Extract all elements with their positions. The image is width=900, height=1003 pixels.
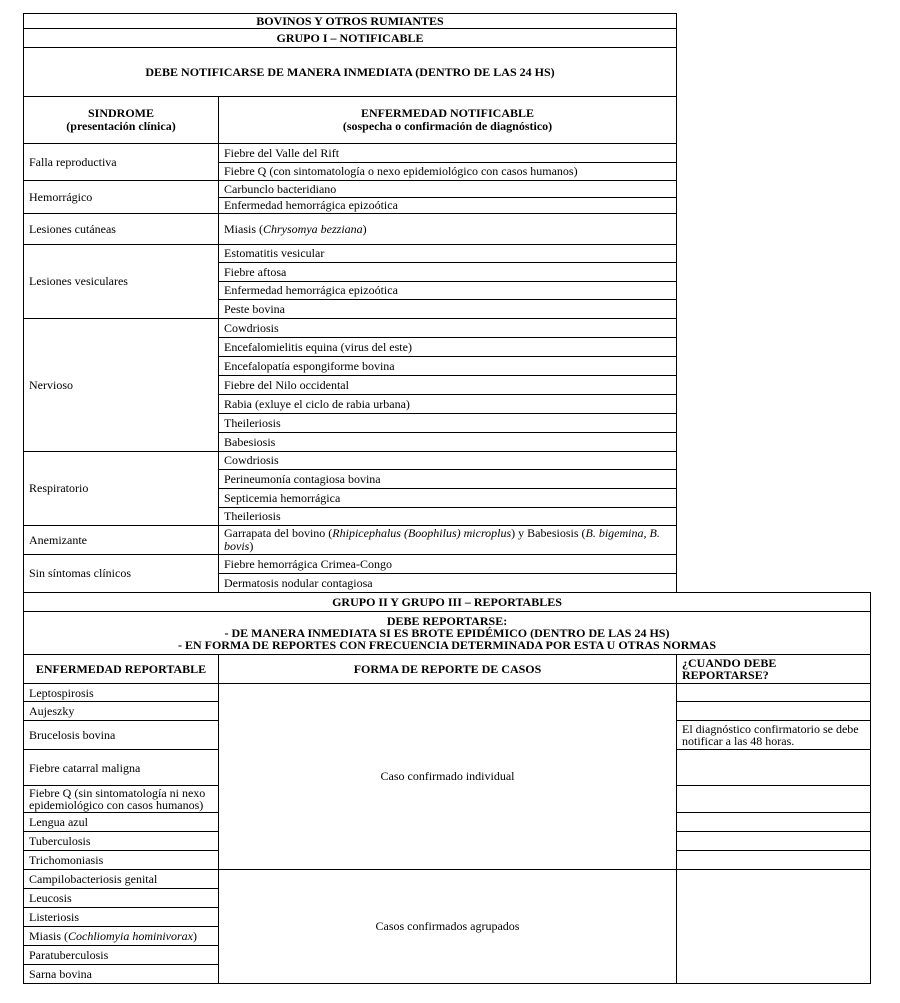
report-when-cell: El diagnóstico confirmatorio se debe not… (676, 720, 871, 750)
disease-label: Fiebre hemorrágica Crimea-Congo (224, 558, 392, 571)
syndrome-label: Anemizante (29, 534, 87, 547)
disease-cell: Theileriosis (218, 507, 677, 526)
reportable-disease-label: Listeriosis (29, 911, 79, 924)
disease-label: Encefalopatía espongiforme bovina (224, 360, 395, 373)
report-when-cell (676, 749, 871, 786)
reportable-disease-cell: Brucelosis bovina (23, 720, 219, 750)
disease-cell: Estomatitis vesicular (218, 244, 677, 263)
reportable-disease-cell: Fiebre catarral maligna (23, 749, 219, 786)
reportable-disease-label: Trichomoniasis (29, 854, 103, 866)
disease-label: Septicemia hemorrágica (224, 492, 340, 505)
disease-cell: Garrapata del bovino (Rhipicephalus (Boo… (218, 525, 677, 555)
report-when-text: El diagnóstico confirmatorio se debe not… (682, 723, 865, 747)
group1-title-text: GRUPO I – NOTIFICABLE (276, 32, 423, 45)
group23-title: GRUPO II Y GRUPO III – REPORTABLES (23, 592, 871, 612)
syndrome-cell: Nervioso (23, 318, 219, 452)
reportable-disease-cell: Paratuberculosis (23, 945, 219, 965)
disease-label: Enfermedad hemorrágica epizoótica (224, 199, 398, 212)
disease-cell: Fiebre del Valle del Rift (218, 143, 677, 163)
syndrome-cell: Respiratorio (23, 451, 219, 526)
disease-label: Fiebre aftosa (224, 266, 286, 279)
disease-label: Carbunclo bacteridiano (224, 183, 336, 196)
reportable-disease-cell: Fiebre Q (sin sintomatología ni nexo epi… (23, 785, 219, 813)
header-when: ¿CUANDO DEBE REPORTARSE? (676, 654, 871, 684)
report-form-individual: Caso confirmado individual (218, 683, 677, 870)
group23-instruction: DEBE REPORTARSE:- DE MANERA INMEDIATA SI… (23, 611, 871, 655)
header-reportable-disease-label: ENFERMEDAD REPORTABLE (36, 663, 206, 676)
report-when-cell (676, 785, 871, 813)
disease-cell: Dermatosis nodular contagiosa (218, 573, 677, 593)
syndrome-cell: Hemorrágico (23, 180, 219, 214)
disease-cell: Enfermedad hemorrágica epizoótica (218, 281, 677, 300)
disease-cell: Cowdriosis (218, 318, 677, 338)
reportable-disease-cell: Aujeszky (23, 701, 219, 721)
header-when-label: ¿CUANDO DEBE REPORTARSE? (682, 657, 865, 681)
syndrome-cell: Lesiones cutáneas (23, 213, 219, 245)
group1-instruction-text: DEBE NOTIFICARSE DE MANERA INMEDIATA (DE… (145, 66, 554, 79)
disease-cell: Enfermedad hemorrágica epizoótica (218, 197, 677, 214)
reportable-disease-cell: Tuberculosis (23, 831, 219, 851)
reportable-disease-cell: Leucosis (23, 888, 219, 908)
disease-label: Perineumonía contagiosa bovina (224, 473, 381, 486)
report-form-label: Casos confirmados agrupados (376, 920, 520, 933)
disease-cell: Septicemia hemorrágica (218, 488, 677, 508)
disease-cell: Perineumonía contagiosa bovina (218, 469, 677, 489)
disease-label: Miasis (Chrysomya bezziana) (224, 223, 367, 236)
disease-label: Cowdriosis (224, 454, 279, 467)
report-when-cell (676, 831, 871, 851)
syndrome-label: Falla reproductiva (29, 156, 117, 169)
reportable-disease-cell: Trichomoniasis (23, 850, 219, 870)
syndrome-label: Sin síntomas clínicos (29, 567, 131, 580)
reportable-disease-label: Campilobacteriosis genital (29, 873, 157, 886)
reportable-disease-label: Fiebre Q (sin sintomatología ni nexo epi… (29, 787, 213, 811)
report-when-cell (676, 812, 871, 832)
disease-cell: Fiebre hemorrágica Crimea-Congo (218, 554, 677, 574)
disease-cell: Cowdriosis (218, 451, 677, 470)
disease-cell: Rabia (exluye el ciclo de rabia urbana) (218, 394, 677, 414)
reportable-disease-label: Lengua azul (29, 816, 88, 828)
disease-cell: Babesiosis (218, 432, 677, 452)
syndrome-label: Lesiones vesiculares (29, 275, 128, 288)
disease-label: Garrapata del bovino (Rhipicephalus (Boo… (224, 527, 671, 553)
header-syndrome: SINDROME(presentación clínica) (23, 96, 219, 144)
reportable-disease-label: Miasis (Cochliomyia hominivorax) (29, 930, 197, 943)
header-report-form-label: FORMA DE REPORTE DE CASOS (354, 663, 542, 676)
disease-label: Rabia (exluye el ciclo de rabia urbana) (224, 398, 410, 411)
disease-cell: Fiebre del Nilo occidental (218, 375, 677, 395)
report-when-cell (676, 701, 871, 721)
reportable-disease-cell: Lengua azul (23, 812, 219, 832)
disease-cell: Fiebre Q (con sintomatología o nexo epid… (218, 162, 677, 181)
group23-instruction-line: - EN FORMA DE REPORTES CON FRECUENCIA DE… (178, 639, 716, 651)
disease-label: Theileriosis (224, 417, 281, 430)
disease-label: Theileriosis (224, 510, 281, 523)
disease-cell: Peste bovina (218, 299, 677, 319)
reportable-disease-cell: Leptospirosis (23, 683, 219, 702)
disease-label: Dermatosis nodular contagiosa (224, 577, 373, 590)
syndrome-cell: Lesiones vesiculares (23, 244, 219, 319)
disease-cell: Encefalopatía espongiforme bovina (218, 356, 677, 376)
disease-label: Estomatitis vesicular (224, 247, 324, 260)
reportable-disease-cell: Sarna bovina (23, 964, 219, 984)
disease-label: Fiebre del Nilo occidental (224, 379, 349, 392)
disease-label: Enfermedad hemorrágica epizoótica (224, 284, 398, 297)
group1-title: GRUPO I – NOTIFICABLE (23, 28, 677, 48)
reportable-disease-label: Tuberculosis (29, 835, 91, 847)
syndrome-label: Lesiones cutáneas (29, 223, 116, 236)
reportable-disease-label: Aujeszky (29, 705, 74, 717)
report-form-grouped: Casos confirmados agrupados (218, 869, 677, 984)
disease-label: Fiebre Q (con sintomatología o nexo epid… (224, 165, 578, 178)
syndrome-cell: Anemizante (23, 525, 219, 555)
report-when-cell (676, 683, 871, 702)
header-reportable-disease: ENFERMEDAD REPORTABLE (23, 654, 219, 684)
syndrome-cell: Sin síntomas clínicos (23, 554, 219, 593)
reportable-disease-cell: Miasis (Cochliomyia hominivorax) (23, 926, 219, 946)
disease-label: Encefalomielitis equina (virus del este) (224, 341, 412, 354)
disease-cell: Miasis (Chrysomya bezziana) (218, 213, 677, 245)
disease-cell: Carbunclo bacteridiano (218, 180, 677, 198)
reportable-disease-label: Leucosis (29, 892, 72, 905)
syndrome-cell: Falla reproductiva (23, 143, 219, 181)
syndrome-label: Hemorrágico (29, 191, 92, 204)
reportable-disease-label: Brucelosis bovina (29, 729, 115, 741)
reportable-disease-label: Leptospirosis (29, 687, 94, 699)
header-disease: ENFERMEDAD NOTIFICABLE(sospecha o confir… (218, 96, 677, 144)
reportable-disease-label: Paratuberculosis (29, 949, 108, 962)
report-when-cell (676, 869, 871, 984)
document-title: BOVINOS Y OTROS RUMIANTES (23, 13, 677, 29)
disease-label: Peste bovina (224, 303, 285, 316)
report-when-cell (676, 850, 871, 870)
group1-instruction: DEBE NOTIFICARSE DE MANERA INMEDIATA (DE… (23, 47, 677, 97)
group23-title-text: GRUPO II Y GRUPO III – REPORTABLES (332, 596, 562, 609)
reportable-disease-cell: Campilobacteriosis genital (23, 869, 219, 889)
header-report-form: FORMA DE REPORTE DE CASOS (218, 654, 677, 684)
syndrome-label: Nervioso (29, 379, 73, 392)
reportable-disease-label: Fiebre catarral maligna (29, 762, 140, 774)
disease-label: Fiebre del Valle del Rift (224, 147, 339, 160)
report-form-label: Caso confirmado individual (381, 770, 515, 783)
disease-cell: Theileriosis (218, 413, 677, 433)
reportable-disease-cell: Listeriosis (23, 907, 219, 927)
document-title-text: BOVINOS Y OTROS RUMIANTES (256, 15, 443, 28)
header-syndrome-sublabel: (presentación clínica) (66, 120, 175, 133)
disease-label: Babesiosis (224, 436, 275, 449)
disease-cell: Fiebre aftosa (218, 262, 677, 282)
disease-label: Cowdriosis (224, 322, 279, 335)
header-disease-sublabel: (sospecha o confirmación de diagnóstico) (343, 120, 552, 133)
disease-cell: Encefalomielitis equina (virus del este) (218, 337, 677, 357)
reportable-disease-label: Sarna bovina (29, 968, 92, 981)
syndrome-label: Respiratorio (29, 482, 88, 495)
